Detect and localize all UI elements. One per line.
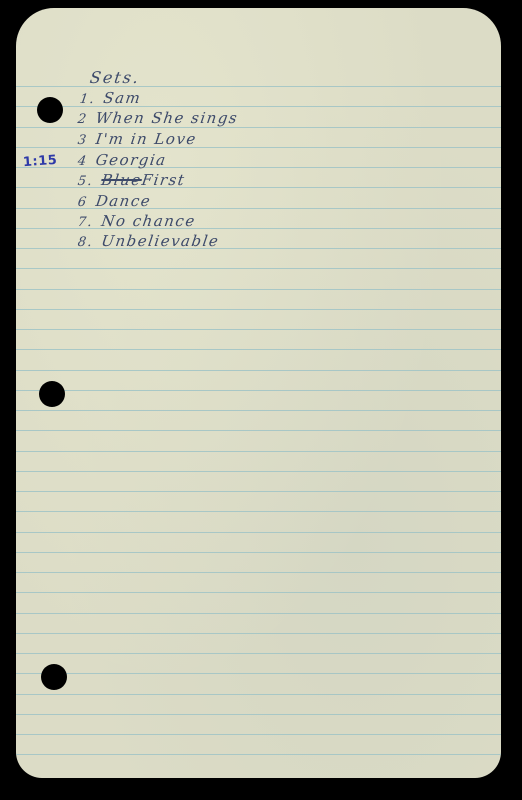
ruled-line — [16, 430, 501, 431]
ruled-line — [16, 552, 501, 553]
ruled-line — [16, 349, 501, 350]
item-title: Sam — [102, 89, 142, 107]
ruled-line — [16, 329, 501, 330]
setlist-item-5: 5.BlueFirst — [77, 171, 187, 189]
binder-hole-bottom — [41, 664, 67, 690]
notebook-paper: Sets. 1:15 1.Sam 2When She sings 3I'm in… — [16, 8, 501, 778]
setlist-item-2: 2When She sings — [77, 109, 240, 127]
binder-hole-top — [37, 97, 63, 123]
ruled-line — [16, 714, 501, 715]
ruled-line — [16, 532, 501, 533]
binder-hole-middle — [39, 381, 65, 407]
setlist-item-6: 6Dance — [77, 192, 153, 210]
ruled-line — [16, 309, 501, 310]
item-title: I'm in Love — [95, 130, 199, 148]
item-number: 3 — [77, 133, 89, 148]
ruled-line — [16, 613, 501, 614]
item-number: 4 — [77, 154, 89, 169]
item-number: 1. — [79, 92, 97, 107]
ruled-line — [16, 572, 501, 573]
ruled-line — [16, 694, 501, 695]
item-number: 7. — [77, 215, 95, 230]
setlist-item-7: 7.No chance — [77, 212, 197, 230]
item-number: 8. — [77, 235, 95, 250]
ruled-line — [16, 471, 501, 472]
item-number: 5. — [77, 174, 95, 189]
ruled-line — [16, 511, 501, 512]
setlist-item-4: 4Georgia — [77, 151, 168, 169]
item-title: No chance — [100, 212, 197, 230]
ruled-line — [16, 289, 501, 290]
item-number: 2 — [77, 112, 89, 127]
ruled-line — [16, 633, 501, 634]
ruled-line — [16, 653, 501, 654]
ruled-line — [16, 491, 501, 492]
struck-word: Blue — [100, 171, 143, 189]
ruled-line — [16, 592, 501, 593]
setlist-title: Sets. — [89, 68, 142, 87]
item-title: First — [141, 171, 187, 189]
item-title: Dance — [95, 192, 153, 210]
setlist-item-1: 1.Sam — [79, 89, 143, 107]
ruled-line — [16, 451, 501, 452]
item-title: When She sings — [95, 109, 240, 127]
ruled-line — [16, 754, 501, 755]
item-title: Georgia — [95, 151, 168, 169]
margin-time-note: 1:15 — [23, 153, 58, 170]
ruled-line — [16, 673, 501, 674]
ruled-line — [16, 268, 501, 269]
item-number: 6 — [77, 195, 89, 210]
ruled-line — [16, 734, 501, 735]
ruled-line — [16, 390, 501, 391]
item-title: Unbelievable — [100, 232, 220, 250]
setlist-item-3: 3I'm in Love — [77, 130, 198, 148]
setlist-item-8: 8.Unbelievable — [77, 232, 221, 250]
ruled-line — [16, 370, 501, 371]
ruled-line — [16, 410, 501, 411]
